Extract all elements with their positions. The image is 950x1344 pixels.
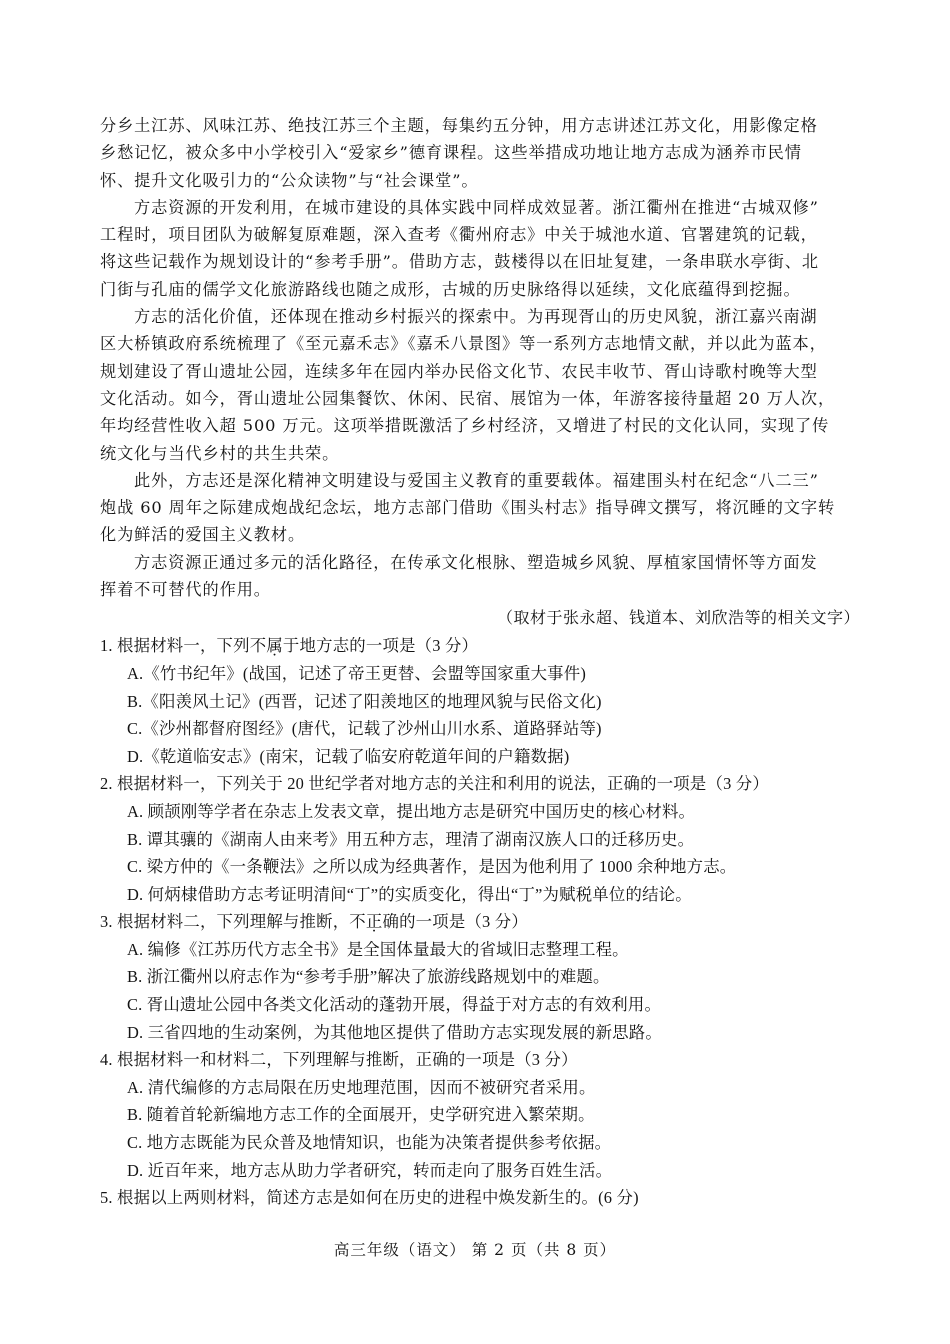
passage-line: 乡愁记忆，被众多中小学校引入“爱家乡”德育课程。这些举措成功地让地方志成为涵养市… (100, 139, 860, 166)
option-d: D. 近百年来，地方志从助力学者研究，转而走向了服务百姓生活。 (100, 1157, 860, 1185)
option-b: B. 随着首轮新编地方志工作的全面展开，史学研究进入繁荣期。 (100, 1101, 860, 1129)
option-d: D.《乾道临安志》(南宋，记载了临安府乾道年间的户籍数据) (100, 743, 860, 771)
option-a: A. 顾颉刚等学者在杂志上发表文章，提出地方志是研究中国历史的核心材料。 (100, 798, 860, 826)
question-number: 2. (100, 774, 113, 793)
passage-line: 规划建设了胥山遗址公园，连续多年在园内举办民俗文化节、农民丰收节、胥山诗歌村晚等… (100, 358, 860, 385)
stem-text: 地方志的一项是（3 分） (300, 636, 479, 655)
stem-text: 的一项是（3 分） (399, 912, 528, 931)
question-stem: 5. 根据以上两则材料，简述方志是如何在历史的进程中焕发新生的。(6 分) (100, 1184, 860, 1212)
passage-line: 分乡土江苏、风味江苏、绝技江苏三个主题，每集约五分钟，用方志讲述江苏文化，用影像… (100, 112, 860, 139)
passage-line: 炮战 60 周年之际建成炮战纪念坛，地方志部门借助《围头村志》指导碑文撰写，将沉… (100, 494, 860, 521)
option-d: D. 三省四地的生动案例，为其他地区提供了借助方志实现发展的新思路。 (100, 1019, 860, 1047)
passage-line: 文化活动。如今，胥山遗址公园集餐饮、休闲、民宿、展馆为一体，年游客接待量超 20… (100, 385, 860, 412)
question-stem: 2. 根据材料一，下列关于 20 世纪学者对地方志的关注和利用的说法，正确的一项… (100, 770, 860, 798)
passage-line: 区大桥镇政府系统梳理了《至元嘉禾志》《嘉禾八景图》等一系列方志地情文献，并以此为… (100, 330, 860, 357)
option-b: B. 浙江衢州以府志作为“参考手册”解决了旅游线路规划中的难题。 (100, 963, 860, 991)
page-footer: 高三年级（语文） 第 2 页（共 8 页） (0, 1238, 950, 1260)
option-c: C. 地方志既能为民众普及地情知识，也能为决策者提供参考依据。 (100, 1129, 860, 1157)
option-c: C. 胥山遗址公园中各类文化活动的蓬勃开展，得益于对方志的有效利用。 (100, 991, 860, 1019)
exam-page: 分乡土江苏、风味江苏、绝技江苏三个主题，每集约五分钟，用方志讲述江苏文化，用影像… (100, 112, 860, 1212)
option-b: B.《阳羡风土记》(西晋，记述了阳羡地区的地理风貌与民俗文化) (100, 688, 860, 716)
question-number: 5. (100, 1188, 113, 1207)
passage-line: 挥着不可替代的作用。 (100, 576, 860, 603)
question-5: 5. 根据以上两则材料，简述方志是如何在历史的进程中焕发新生的。(6 分) (100, 1184, 860, 1212)
passage-source: （取材于张永超、钱道本、刘欣浩等的相关文字） (100, 604, 860, 632)
option-d: D. 何炳棣借助方志考证明清间“丁”的实质变化，得出“丁”为赋税单位的结论。 (100, 881, 860, 909)
stem-text: 根据材料一，下列 (117, 636, 250, 655)
emphasis-text: 不属于 (250, 636, 300, 655)
passage-line: 年均经营性收入超 500 万元。这项举措既激活了乡村经济，又增进了村民的文化认同… (100, 412, 860, 439)
question-number: 1. (100, 636, 113, 655)
question-3: 3. 根据材料二，下列理解与推断，不正确的一项是（3 分） A. 编修《江苏历代… (100, 908, 860, 1046)
emphasis-text: 不正确 (349, 912, 399, 931)
question-number: 4. (100, 1050, 113, 1069)
passage-paragraph-1: 分乡土江苏、风味江苏、绝技江苏三个主题，每集约五分钟，用方志讲述江苏文化，用影像… (100, 112, 860, 194)
passage-paragraph-2: 方志资源的开发利用，在城市建设的具体实践中同样成效显著。浙江衢州在推进“古城双修… (100, 194, 860, 303)
option-a: A. 编修《江苏历代方志全书》是全国体量最大的省域旧志整理工程。 (100, 936, 860, 964)
question-4: 4. 根据材料一和材料二，下列理解与推断，正确的一项是（3 分） A. 清代编修… (100, 1046, 860, 1184)
passage-line: 统文化与当代乡村的共生共荣。 (100, 440, 860, 467)
stem-text: 根据材料一，下列关于 20 世纪学者对地方志的关注和利用的说法，正确的一项是（3… (117, 774, 769, 793)
question-number: 3. (100, 912, 113, 931)
passage-paragraph-3: 方志的活化价值，还体现在推动乡村振兴的探索中。为再现胥山的历史风貌，浙江嘉兴南湖… (100, 303, 860, 467)
question-1: 1. 根据材料一，下列不属于地方志的一项是（3 分） A.《竹书纪年》(战国，记… (100, 632, 860, 770)
passage-line: 此外，方志还是深化精神文明建设与爱国主义教育的重要载体。福建围头村在纪念“八二三… (100, 467, 860, 494)
passage-paragraph-5: 方志资源正通过多元的活化路径，在传承文化根脉、塑造城乡风貌、厚植家国情怀等方面发… (100, 549, 860, 604)
passage-line: 将这些记载作为规划设计的“参考手册”。借助方志，鼓楼得以在旧址复建，一条串联水亭… (100, 248, 860, 275)
stem-text: 根据材料二，下列理解与推断， (117, 912, 349, 931)
passage-line: 化为鲜活的爱国主义教材。 (100, 521, 860, 548)
passage-line: 工程时，项目团队为破解复原难题，深入查考《衢州府志》中关于城池水道、官署建筑的记… (100, 221, 860, 248)
option-a: A.《竹书纪年》(战国，记述了帝王更替、会盟等国家重大事件) (100, 660, 860, 688)
stem-text: 根据以上两则材料，简述方志是如何在历史的进程中焕发新生的。(6 分) (117, 1188, 639, 1207)
stem-text: 根据材料一和材料二，下列理解与推断，正确的一项是（3 分） (117, 1050, 578, 1069)
passage-paragraph-4: 此外，方志还是深化精神文明建设与爱国主义教育的重要载体。福建围头村在纪念“八二三… (100, 467, 860, 549)
option-c: C.《沙州都督府图经》(唐代，记载了沙州山川水系、道路驿站等) (100, 715, 860, 743)
reading-passage: 分乡土江苏、风味江苏、绝技江苏三个主题，每集约五分钟，用方志讲述江苏文化，用影像… (100, 112, 860, 632)
passage-line: 怀、提升文化吸引力的“公众读物”与“社会课堂”。 (100, 167, 860, 194)
question-stem: 1. 根据材料一，下列不属于地方志的一项是（3 分） (100, 632, 860, 660)
question-stem: 4. 根据材料一和材料二，下列理解与推断，正确的一项是（3 分） (100, 1046, 860, 1074)
option-b: B. 谭其骧的《湖南人由来考》用五种方志，理清了湖南汉族人口的迁移历史。 (100, 826, 860, 854)
question-stem: 3. 根据材料二，下列理解与推断，不正确的一项是（3 分） (100, 908, 860, 936)
passage-line: 门街与孔庙的儒学文化旅游路线也随之成形，古城的历史脉络得以延续，文化底蕴得到挖掘… (100, 276, 860, 303)
question-2: 2. 根据材料一，下列关于 20 世纪学者对地方志的关注和利用的说法，正确的一项… (100, 770, 860, 908)
passage-line: 方志资源的开发利用，在城市建设的具体实践中同样成效显著。浙江衢州在推进“古城双修… (100, 194, 860, 221)
passage-line: 方志的活化价值，还体现在推动乡村振兴的探索中。为再现胥山的历史风貌，浙江嘉兴南湖 (100, 303, 860, 330)
question-list: 1. 根据材料一，下列不属于地方志的一项是（3 分） A.《竹书纪年》(战国，记… (100, 632, 860, 1211)
option-c: C. 梁方仲的《一条鞭法》之所以成为经典著作，是因为他利用了 1000 余种地方… (100, 853, 860, 881)
option-a: A. 清代编修的方志局限在历史地理范围，因而不被研究者采用。 (100, 1074, 860, 1102)
passage-line: 方志资源正通过多元的活化路径，在传承文化根脉、塑造城乡风貌、厚植家国情怀等方面发 (100, 549, 860, 576)
